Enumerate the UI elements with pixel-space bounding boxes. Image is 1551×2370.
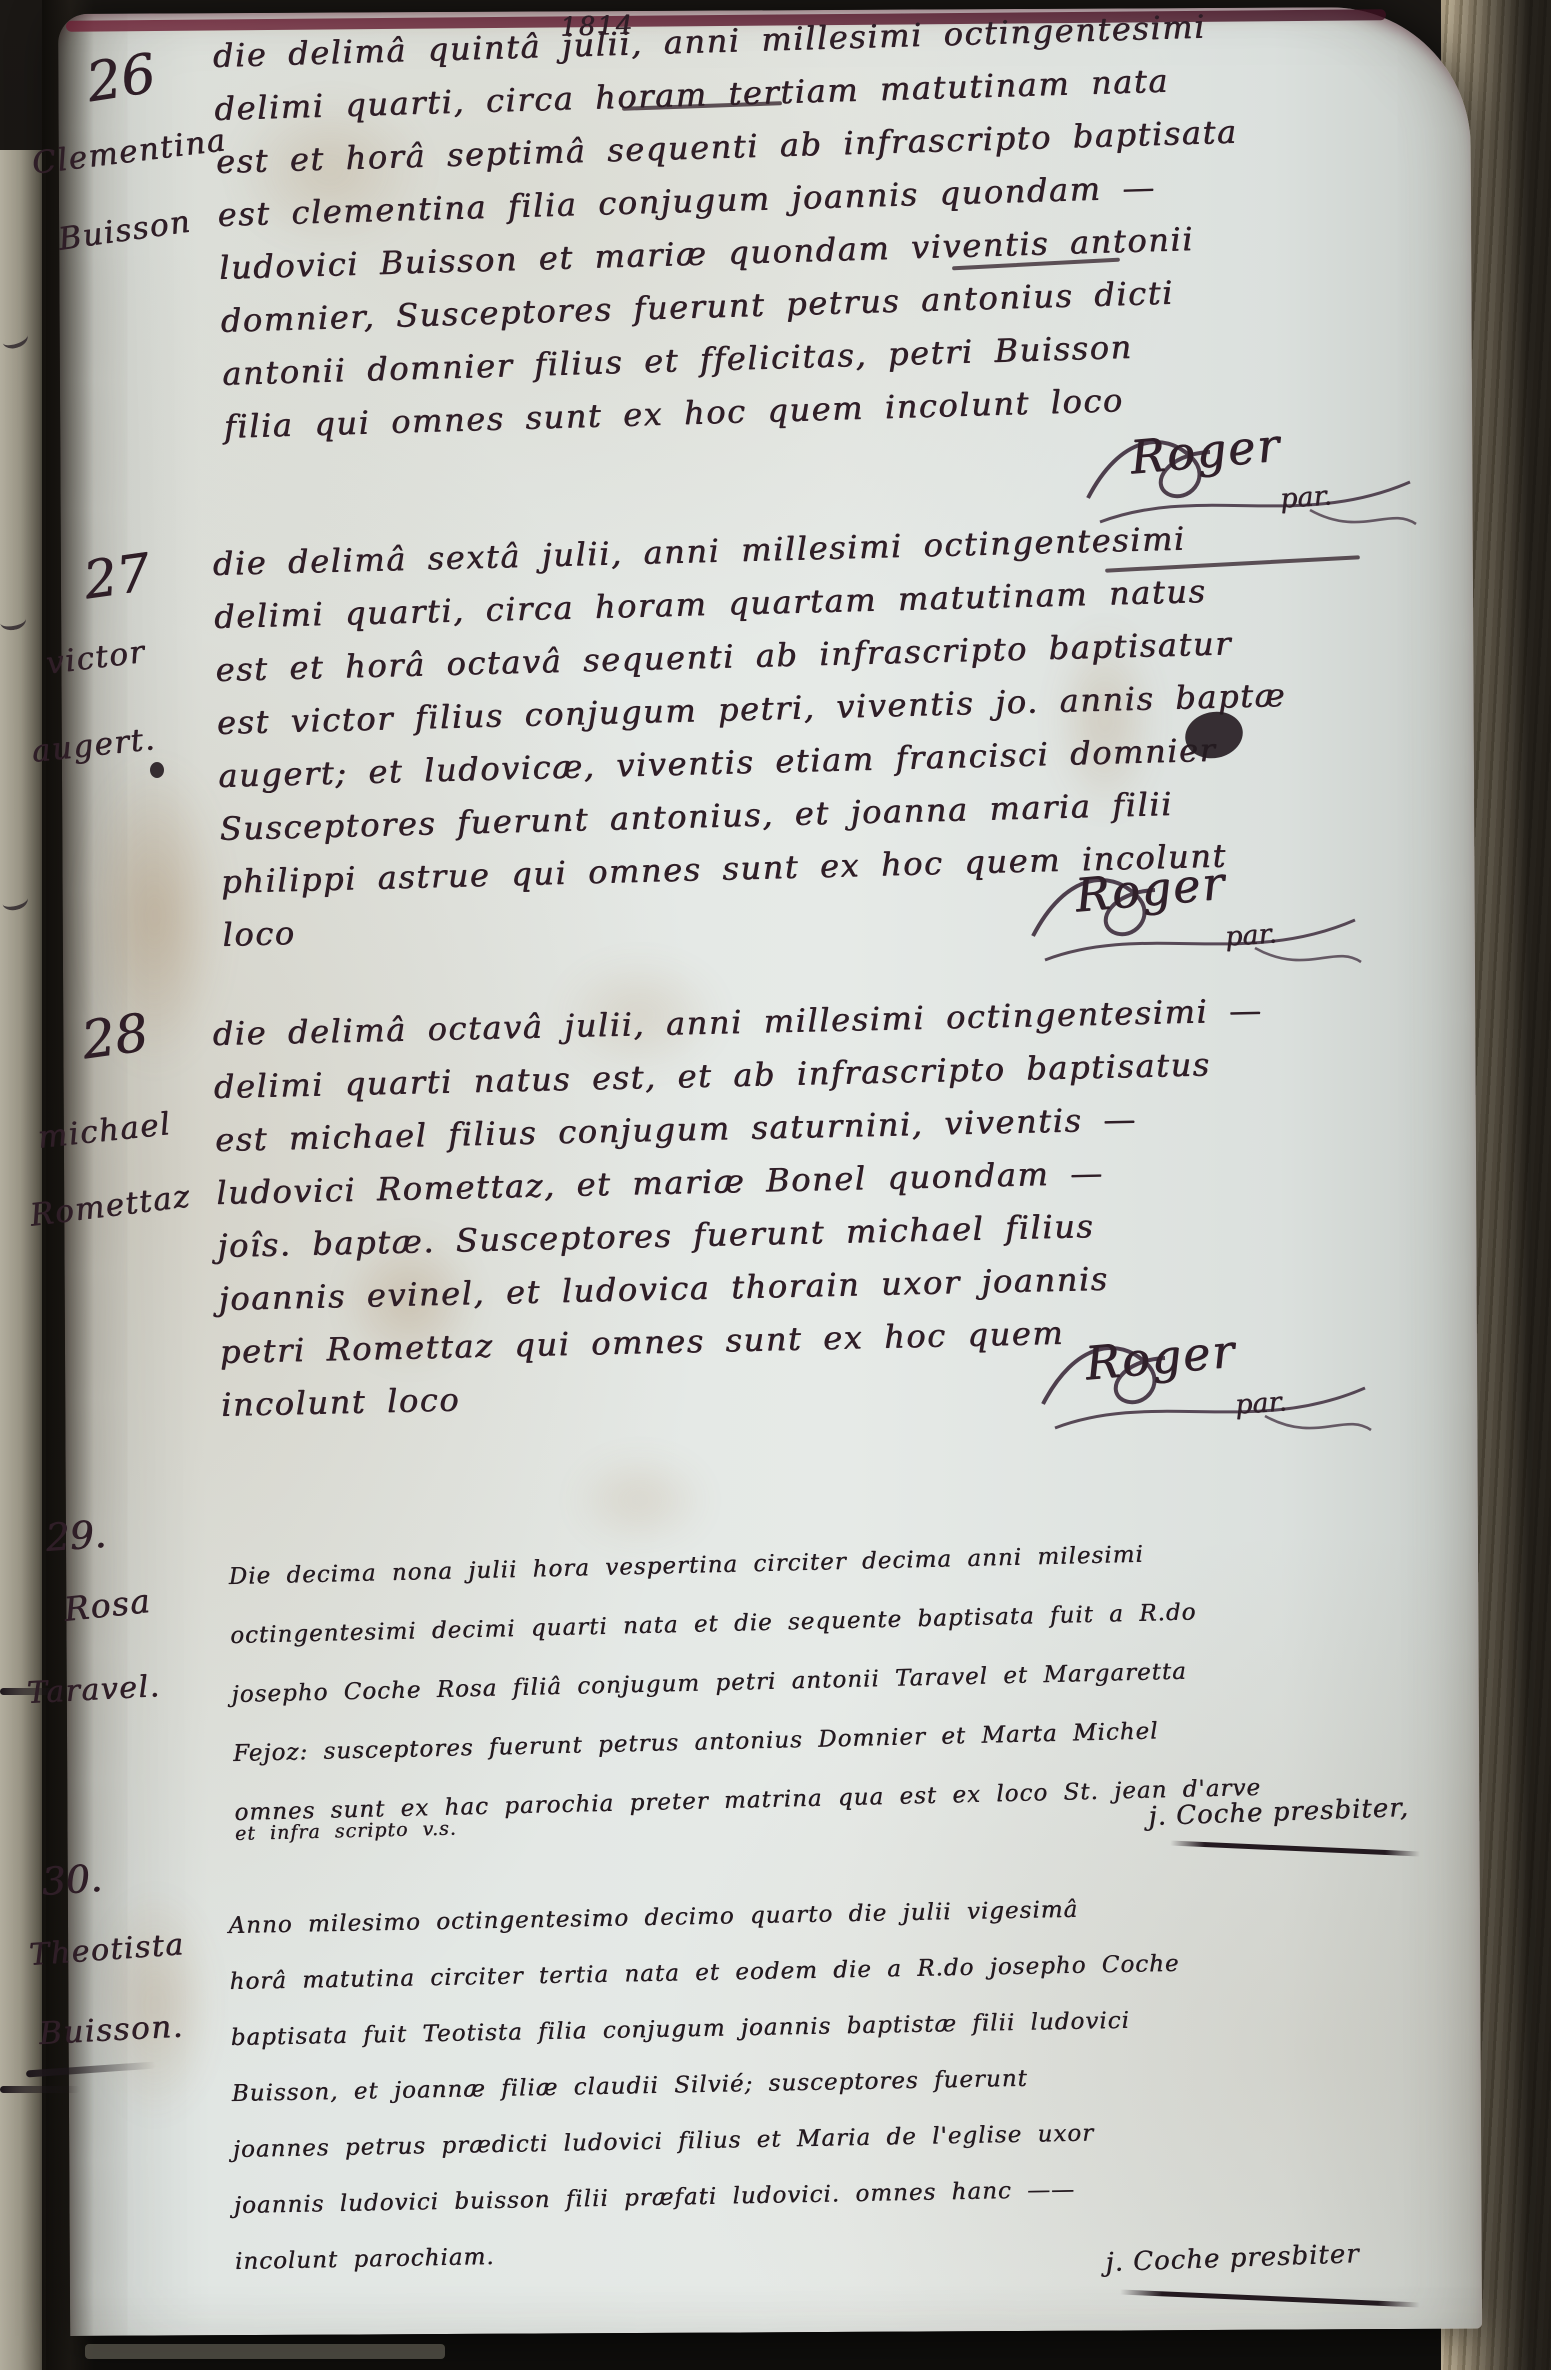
next-page-bottom-sliver xyxy=(85,2344,445,2359)
entry-30-margin-number: 30. xyxy=(40,1856,103,1904)
entry-29-margin-name-2: Taravel. xyxy=(26,1669,161,1711)
entry-30-body: Anno milesimo octingentesimo decimo quar… xyxy=(228,1874,1470,2290)
entry-26-margin-number: 26 xyxy=(82,41,160,114)
priest-signature-entry-28: Roger par. xyxy=(1085,1330,1236,1384)
entry-30-margin-name-2: Buisson. xyxy=(38,2008,185,2052)
signature-title: par. xyxy=(1224,918,1278,953)
signature-title: par. xyxy=(1234,1386,1288,1421)
entry-29-margin-number: 29. xyxy=(44,1512,107,1560)
entry-27-margin-number: 27 xyxy=(80,543,154,612)
entry-28-margin-number: 28 xyxy=(78,1003,152,1072)
entry-26-body: 1814 die delimâ quintâ julii, anni mille… xyxy=(212,0,1479,454)
ink-blot xyxy=(150,762,164,778)
signature-title: par. xyxy=(1279,480,1333,515)
prev-page-writing-fragment xyxy=(0,2086,80,2093)
register-page-scan: 26 Clementina Buisson 1814 die delimâ qu… xyxy=(0,0,1551,2370)
priest-signature-entry-27: Roger par. xyxy=(1075,862,1226,916)
year-superscript: 1814 xyxy=(559,0,635,55)
priest-signature-entry-26: Roger par. xyxy=(1130,424,1281,478)
